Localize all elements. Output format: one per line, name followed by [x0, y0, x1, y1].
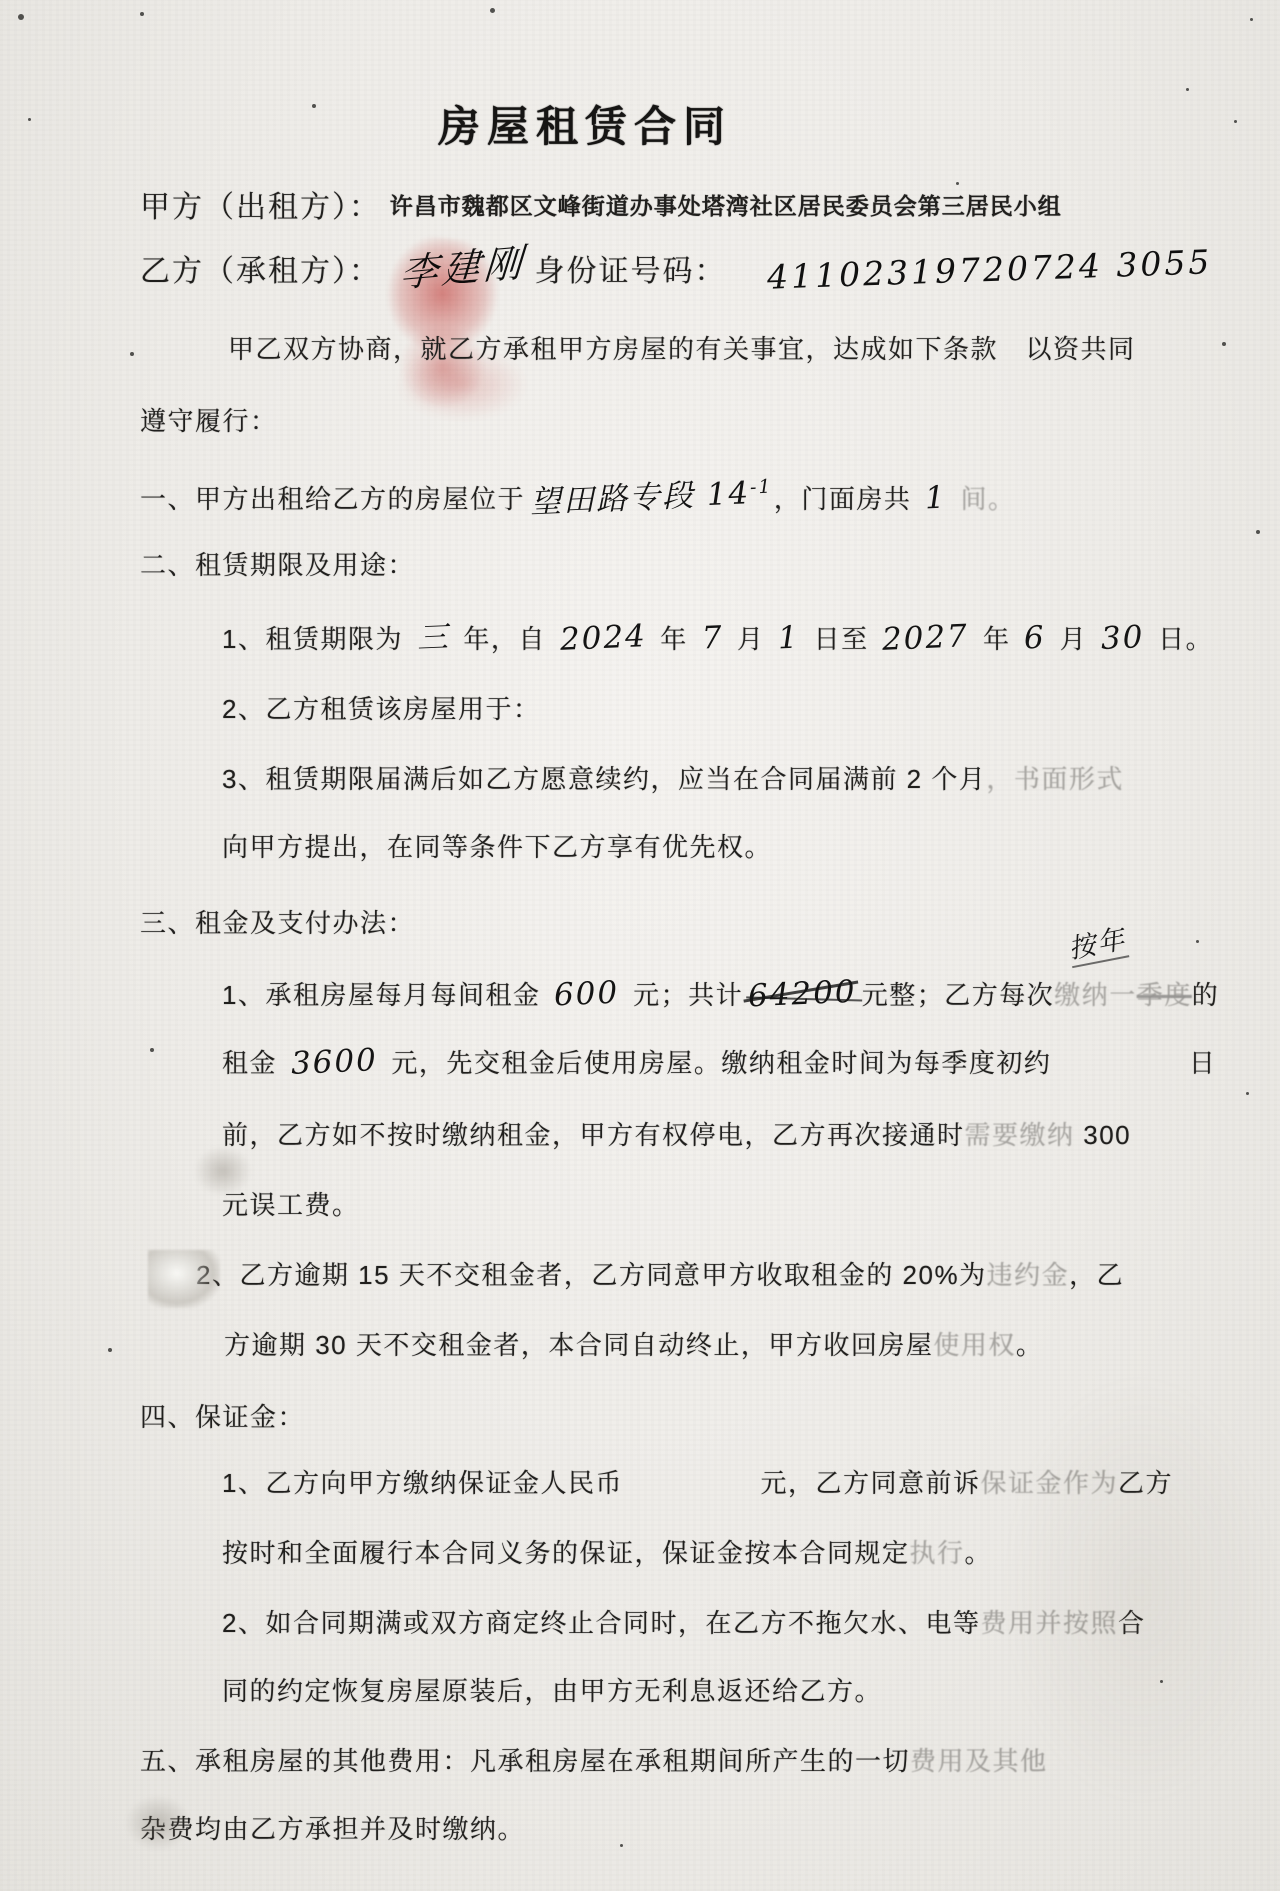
printed-text: 1、乙方向甲方缴纳保证金人民币 元，乙方同意前诉	[222, 1468, 980, 1498]
printed-text: 月	[1051, 624, 1096, 654]
printed-text: 季度	[1137, 980, 1192, 1010]
printed-text: 违约金	[987, 1260, 1070, 1290]
scan-speck	[490, 8, 495, 13]
printed-text: 使用权	[933, 1330, 1016, 1360]
scan-speck	[1246, 1092, 1249, 1095]
printed-text: 2、乙方逾期 15 天不交租金者，乙方同意甲方收取租金的 20%为	[196, 1260, 987, 1290]
printed-text: 乙方	[1118, 1468, 1173, 1498]
printed-text: 按时和全面履行本合同义务的保证，保证金按本合同规定	[222, 1538, 910, 1568]
party-a-label: 甲方（出租方）：	[140, 191, 381, 224]
party-b-id-handwritten: 41102319720724 3055	[767, 242, 1214, 297]
handwritten-text: 6	[1018, 619, 1051, 658]
printed-text: ，门面房共	[774, 484, 920, 514]
scan-smudge	[194, 1146, 252, 1196]
scan-speck	[140, 12, 144, 16]
printed-text: 需要缴纳	[965, 1120, 1075, 1150]
handwritten-text: 600	[548, 974, 625, 1014]
clause-3-item-1-line-1: 1、承租房屋每月每间租金 600 元；共计64200元整；乙方每次缴纳一季度的	[222, 976, 1219, 1013]
handwritten-text: 3600	[285, 1042, 383, 1083]
clause-2-heading: 二、租赁期限及用途：	[140, 550, 415, 581]
handwritten-text: -1	[749, 475, 774, 499]
scan-speck	[620, 1844, 623, 1847]
handwritten-text: 三	[411, 619, 456, 658]
party-b-line: 乙方（承租方）： 李建刚 身份证号码： 41102319720724 3055	[140, 246, 1213, 292]
handwritten-annotation: 按年	[1065, 917, 1130, 968]
printed-text: 缴纳一	[1054, 980, 1137, 1010]
scan-speck	[1256, 530, 1260, 534]
handwritten-text: 2027	[877, 618, 975, 659]
preamble-line-1: 甲乙双方协商，就乙方承租甲方房屋的有关事宜，达成如下条款 以资共同	[228, 334, 1136, 365]
clause-3-item-2-line-2: 方逾期 30 天不交租金者，本合同自动终止，甲方收回房屋使用权。	[224, 1330, 1043, 1361]
handwritten-text: 7	[696, 619, 729, 658]
clause-5-line-1: 五、承租房屋的其他费用：凡承租房屋在承租期间所产生的一切费用及其他	[140, 1746, 1048, 1777]
printed-text: 一、甲方出租给乙方的房屋位于	[140, 484, 525, 514]
scan-speck	[1160, 1680, 1163, 1683]
scan-speck	[1186, 88, 1189, 91]
clause-2-item-3-line-1: 3、租赁期限届满后如乙方愿意续约，应当在合同届满前 2 个月，书面形式	[222, 764, 1124, 795]
handwritten-text: 64200	[742, 973, 862, 1015]
printed-text: 1、租赁期限为	[222, 624, 412, 654]
printed-text: 。	[965, 1538, 993, 1568]
scan-blotch	[1000, 1370, 1280, 1810]
clause-4-heading: 四、保证金：	[140, 1402, 305, 1433]
clause-1-line: 一、甲方出租给乙方的房屋位于望田路专段 14-1，门面房共 1 间。	[140, 476, 1016, 517]
handwritten-text: 望田路专段 14	[524, 475, 756, 522]
party-b-label: 乙方（承租方）：	[140, 255, 381, 288]
printed-text: 元整；乙方每次	[862, 980, 1055, 1010]
printed-text: 日。	[1149, 624, 1213, 654]
printed-text: 年，自	[455, 624, 555, 654]
clause-4-item-2-line-2: 同的约定恢复房屋原装后，由甲方无利息返还给乙方。	[222, 1676, 882, 1707]
scan-speck	[108, 1348, 112, 1352]
clause-4-item-1-line-2: 按时和全面履行本合同义务的保证，保证金按本合同规定执行。	[222, 1538, 992, 1569]
scan-speck	[1222, 342, 1226, 346]
printed-text: 方逾期 30 天不交租金者，本合同自动终止，甲方收回房屋	[224, 1330, 933, 1360]
clause-2-item-3-line-2: 向甲方提出，在同等条件下乙方享有优先权。	[222, 832, 772, 863]
clause-4-item-1-line-1: 1、乙方向甲方缴纳保证金人民币 元，乙方同意前诉保证金作为乙方	[222, 1468, 1173, 1499]
printed-text: 保证金作为	[980, 1468, 1118, 1498]
printed-text: 五、承租房屋的其他费用：凡承租房屋在承租期间所产生的一切	[140, 1746, 910, 1776]
scan-speck	[130, 352, 134, 356]
clause-5-line-2: 杂费均由乙方承担并及时缴纳。	[140, 1814, 525, 1845]
scan-speck	[1234, 120, 1237, 123]
printed-text: 元；共计	[624, 980, 743, 1010]
clause-2-item-2: 2、乙方租赁该房屋用于：	[222, 694, 540, 725]
printed-text: 费用并按照	[980, 1608, 1118, 1638]
contract-title: 房屋租赁合同	[0, 94, 1170, 154]
printed-text: 3、租赁期限届满后如乙方愿意续约，应当在合同届满前 2 个月	[222, 764, 986, 794]
printed-text: 。	[1016, 1330, 1044, 1360]
scan-speck	[28, 118, 31, 121]
printed-text: ，乙	[1069, 1260, 1124, 1290]
scan-speck	[1250, 18, 1253, 21]
printed-text: 执行	[910, 1538, 965, 1568]
handwritten-text: 30	[1095, 619, 1150, 658]
printed-text: 月	[728, 624, 773, 654]
clause-3-item-1-line-3: 前，乙方如不按时缴纳租金，甲方有权停电，乙方再次接通时需要缴纳 300	[222, 1120, 1131, 1151]
preamble-line-2: 遵守履行：	[140, 406, 278, 437]
clause-3-item-1-line-4: 元误工费。	[222, 1190, 360, 1221]
handwritten-text: 1	[772, 619, 805, 658]
printed-text: 300	[1075, 1120, 1132, 1150]
clause-3-item-1-line-2: 租金 3600 元，先交租金后使用房屋。缴纳租金时间为每季度初约 日	[222, 1044, 1216, 1081]
printed-text: 2、如合同期满或双方商定终止合同时，在乙方不拖欠水、电等	[222, 1608, 980, 1638]
printed-text: 的	[1192, 980, 1220, 1010]
printed-text: 租金	[222, 1048, 286, 1078]
party-a-value: 许昌市魏都区文峰街道办事处塔湾社区居民委员会第三居民小组	[390, 193, 1062, 219]
party-a-line: 甲方（出租方）： 许昌市魏都区文峰街道办事处塔湾社区居民委员会第三居民小组	[140, 190, 1062, 226]
printed-text: 年	[652, 624, 697, 654]
printed-text: 日	[1051, 1048, 1216, 1078]
printed-text: 合	[1118, 1608, 1146, 1638]
clause-4-item-2-line-1: 2、如合同期满或双方商定终止合同时，在乙方不拖欠水、电等费用并按照合	[222, 1608, 1146, 1639]
printed-text: 。	[988, 484, 1016, 514]
scan-speck	[312, 104, 316, 108]
printed-text: 日至	[805, 624, 877, 654]
clause-3-heading: 三、租金及支付办法：	[140, 908, 415, 939]
scanned-rental-contract: { "doc": { "title": "房屋租赁合同", "party_a":…	[0, 0, 1280, 1891]
printed-text: ，书面形式	[986, 764, 1124, 794]
handwritten-text: 1	[919, 479, 952, 518]
printed-text: 前，乙方如不按时缴纳租金，甲方有权停电，乙方再次接通时	[222, 1120, 965, 1150]
scan-speck	[150, 1048, 154, 1052]
scan-speck	[18, 14, 24, 20]
clause-2-item-1: 1、租赁期限为 三 年，自 2024 年 7 月 1 日至 2027 年 6 月…	[222, 620, 1213, 657]
printed-text: 年	[974, 624, 1019, 654]
handwritten-text: 2024	[554, 618, 652, 659]
printed-text: 费用及其他	[910, 1746, 1048, 1776]
printed-text: 间	[952, 484, 988, 514]
printed-text: 1、承租房屋每月每间租金	[222, 980, 549, 1010]
clause-3-item-2-line-1: 2、乙方逾期 15 天不交租金者，乙方同意甲方收取租金的 20%为违约金，乙	[196, 1260, 1124, 1291]
scan-speck	[956, 182, 959, 185]
printed-text: 元，先交租金后使用房屋。缴纳租金时间为每季度初约	[383, 1048, 1052, 1078]
party-b-id-label: 身份证号码：	[534, 255, 726, 288]
scan-speck	[1196, 940, 1199, 943]
